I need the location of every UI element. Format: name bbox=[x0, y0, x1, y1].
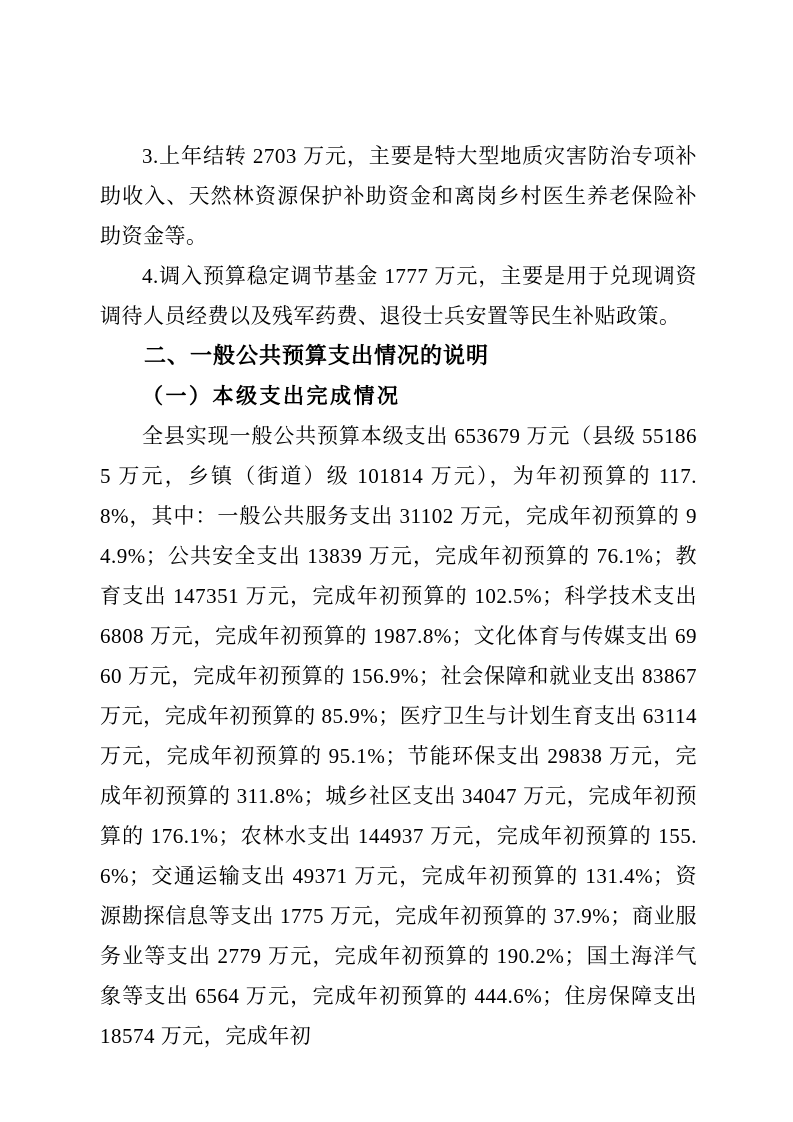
paragraph-expenditure-details: 全县实现一般公共预算本级支出 653679 万元（县级 551865 万元，乡镇… bbox=[100, 416, 697, 1056]
document-page-background: { "document": { "language": "zh-CN", "te… bbox=[0, 0, 793, 1122]
paragraph-stabilization-fund: 4.调入预算稳定调节基金 1777 万元，主要是用于兑现调资调待人员经费以及残军… bbox=[100, 256, 697, 336]
report-page: 3.上年结转 2703 万元，主要是特大型地质灾害防治专项补助收入、天然林资源保… bbox=[0, 0, 793, 1122]
section-heading-expenditure-explanation: 二、一般公共预算支出情况的说明 bbox=[100, 336, 697, 376]
subsection-heading-own-level-expenditure: （一）本级支出完成情况 bbox=[100, 376, 697, 416]
paragraph-carryover-funds: 3.上年结转 2703 万元，主要是特大型地质灾害防治专项补助收入、天然林资源保… bbox=[100, 136, 697, 256]
